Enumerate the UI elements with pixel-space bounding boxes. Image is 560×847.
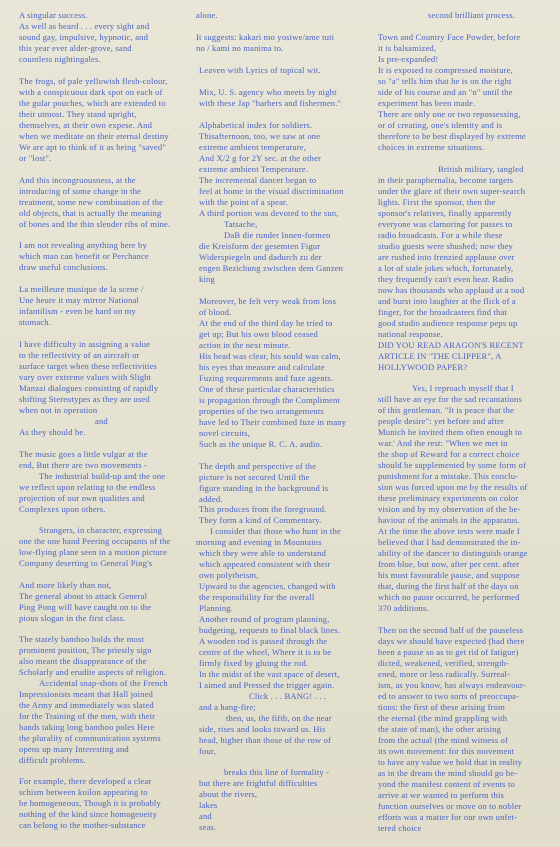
text-line: side of his course and an "n" until the — [378, 87, 513, 98]
text-line: In the midst of the vast space of desert… — [199, 669, 340, 680]
text-line: get up; But his own blood ceased — [199, 329, 318, 340]
text-line: it is balsamized, — [378, 43, 436, 54]
text-line: schism between koilon appearing to — [19, 787, 148, 798]
text-line: 370 additions. — [378, 603, 429, 614]
text-line: about the rivers, — [199, 789, 257, 800]
text-line: The frogs, of pale yellowish flesh-colou… — [19, 76, 167, 87]
text-line: with these Jap "barbers and fishermen." — [199, 98, 341, 109]
text-line: therefore to be best displayed by extrem… — [378, 131, 526, 142]
text-line: alone. — [196, 10, 218, 21]
text-line: As well as heard . . . every sight and — [19, 21, 149, 32]
text-line: when we meditate on their eternal destin… — [19, 131, 169, 142]
text-line: extreme ambient temperature, — [199, 142, 306, 153]
text-line: which no pause occurred, he performed — [378, 592, 520, 603]
text-line: is propagation through the Compliment — [199, 395, 340, 406]
text-line: The industrial build-up and the one — [39, 471, 165, 482]
text-line: the Army and immediately was slated — [19, 700, 154, 711]
text-line: ability of the dancer to distinguish ora… — [378, 548, 528, 559]
text-line: prominent position, The priestly sign — [19, 645, 152, 656]
text-line: the shop of Reward for a correct choice — [378, 449, 520, 460]
text-line: novel circuits, — [199, 428, 250, 439]
text-line: ed to answer to two sorts of preoccupa- — [378, 691, 519, 702]
text-line: Tatsache, — [224, 219, 257, 230]
text-line: with the point of a spear. — [199, 197, 288, 208]
text-line: believed that I had demonstrated the in- — [378, 537, 521, 548]
text-line: ened, more or less radically. Surreal- — [378, 669, 510, 680]
text-line: Leaven with Lyrics of topical wit. — [199, 65, 321, 76]
text-line: tered choice — [378, 823, 422, 834]
text-line: And more likely than not, — [19, 580, 111, 591]
text-line: which they were able to understand — [199, 548, 326, 559]
text-line: shifting Stereotypes as they are used — [19, 394, 150, 405]
text-line: Moreover, he felt very weak from loss — [199, 296, 336, 307]
text-line: Is pre-expanded! — [378, 54, 438, 65]
text-line: A singular success. — [19, 10, 88, 21]
text-line: His head was clear, his sould was calm, — [199, 351, 341, 362]
text-line: Company deserting to General Ping's — [19, 558, 152, 569]
text-line: budgeting, requests to final black lines… — [199, 625, 340, 636]
text-line: experiment has been made. — [378, 98, 475, 109]
text-line: with a conspicuous dark spot on each of — [19, 87, 163, 98]
text-line: then, us, the fifth, on the near — [226, 713, 332, 724]
text-line: his eyes that measure and calculate — [199, 362, 325, 373]
text-line: his most favourable pause, and suppose — [378, 570, 520, 581]
text-line: morning and evening in Mountains — [196, 537, 322, 548]
text-line: As they should be. — [19, 427, 86, 438]
text-line: lakes — [199, 800, 217, 811]
text-line: It suggests: kakari mo yosiwe/ame tuti — [196, 32, 334, 43]
text-line: the plurality of communication systems — [19, 733, 161, 744]
text-line: end, But there are two movements - — [19, 460, 147, 471]
text-line: vary over extreme values with Slight — [19, 372, 151, 383]
text-line: action in the next minute. — [199, 340, 291, 351]
text-line: Click . . . BANG! . . . — [249, 691, 326, 702]
text-line: arrive at we wanted to perform this — [378, 790, 504, 801]
text-line: I have difficulty in assigning a value — [19, 339, 150, 350]
text-line: The depth and perspective of the — [199, 461, 316, 472]
text-line: finger, for the broadcasters find that — [378, 307, 507, 318]
text-line: their utmost. They stand upright, — [19, 109, 136, 120]
text-line: DID YOU READ ARAGON'S RECENT — [378, 340, 524, 351]
text-line: are rushed into frenzied applause over — [378, 252, 515, 263]
text-line: and burst into laughter at the flick of … — [378, 296, 516, 307]
text-line: Impressionists meant that Hall joined — [19, 689, 153, 700]
text-line: We are apt to think of it as being "save… — [19, 142, 166, 153]
text-line: breaks this line of formality - — [224, 767, 329, 778]
text-line: the gular pouches, which are extended to — [19, 98, 166, 109]
text-line: For example, there developed a clear — [19, 776, 151, 787]
text-line: Planning. — [199, 603, 233, 614]
text-line: war.' And the rest: "When we met in — [378, 438, 508, 449]
text-line: head, higher than those of the row of — [199, 735, 331, 746]
text-line: A wooden rod is passed through the — [199, 636, 327, 647]
text-line: as in the dream the mind should go be- — [378, 768, 517, 779]
text-line: four, — [199, 746, 216, 757]
text-line: sion was forced upon me by the results o… — [378, 482, 527, 493]
text-line: Yes, I reproach myself that I — [412, 383, 514, 394]
text-line: Accidental snap-shots of the French — [39, 678, 168, 689]
text-line: to the reflectivity of an aircraft or — [19, 350, 140, 361]
text-line: or "lost". — [19, 153, 51, 164]
text-line: It is exposed to compressed moisture, — [378, 65, 513, 76]
text-line: king — [199, 274, 215, 285]
text-line: own polytheism, — [199, 570, 259, 581]
text-line: studio guests were shushed; now they — [378, 241, 513, 252]
text-line: lights. First the sponsor, then the — [378, 197, 495, 208]
text-line: but there are frightful difficulties — [199, 778, 317, 789]
text-line: and a hang-fire; — [199, 702, 256, 713]
text-line: Another round of program planning, — [199, 614, 329, 625]
text-line: engen Bezichung zwischen dem Ganzen — [199, 263, 343, 274]
text-line: punishment for a mistake. This conclu- — [378, 471, 518, 482]
text-line: And X/2 g for 2Y sec. at the other — [199, 153, 321, 164]
text-line: Thisafternoon, too, we saw at one — [199, 131, 320, 142]
text-line: everyone was clamoring for passes to — [378, 219, 513, 230]
text-line: Une heure it may mirror National — [19, 295, 139, 306]
text-line: opens up many Interesting and — [19, 744, 129, 755]
text-line: I aimed and Pressed the trigger again. — [199, 680, 334, 691]
text-line: centre of the wheel, Where it is to be — [199, 647, 331, 658]
text-line: when not in operation — [19, 405, 97, 416]
text-line: Alphabetical index for soldiers. — [199, 120, 312, 131]
text-line: ism, as you know, has always endeavour- — [378, 680, 526, 691]
text-line: also meant the disappearance of the — [19, 656, 147, 667]
text-line: And this incongruousness, at the — [19, 175, 136, 186]
text-line: of this gentleman. "It is peace that the — [378, 405, 514, 416]
text-line: projection of our own qualities and — [19, 493, 145, 504]
text-line: I am not revealing anything here by — [19, 240, 147, 251]
text-line: At the end of the third day he tried to — [199, 318, 333, 329]
text-line: days we should have expected (had there — [378, 636, 525, 647]
text-line: they frequently can't even hear. Radio — [378, 274, 514, 285]
text-line: hands taking long bamboo poles Here — [19, 722, 154, 733]
text-line: old objects, that is actually the meanin… — [19, 208, 161, 219]
text-line: Mix, U. S. agency who meets by night — [199, 87, 337, 98]
text-line: infantilism - even be hard on my — [19, 306, 136, 317]
text-line: Then on the second half of the pauseless — [378, 625, 523, 636]
text-line: or of creating, one's identity and is — [378, 120, 502, 131]
text-line: of bones and the thin slender ribs of mi… — [19, 219, 170, 230]
text-line: function ourselves or move on to nobler — [378, 801, 521, 812]
text-line: Widerspiegeln und dadurch zu der — [199, 252, 322, 263]
text-line: British military, tangled — [438, 164, 524, 175]
text-line: feel at home in the visual discriminatio… — [199, 186, 344, 197]
text-line: have led to Their combined fuze in many — [199, 417, 346, 428]
text-line: figure standing in the background is — [199, 483, 328, 494]
text-line: DaB die runder Innen-formen — [224, 230, 330, 241]
text-line: been a pause so as to get rid of fatigue… — [378, 647, 519, 658]
text-line: pious slogan in the first class. — [19, 613, 125, 624]
text-line: picture is not secured Until the — [199, 472, 310, 483]
text-line: second brilliant process. — [428, 10, 515, 21]
text-line: so "a" tells him that he is on the right — [378, 76, 512, 87]
text-line: from blue, but now, after per cent. afte… — [378, 559, 519, 570]
text-line: for the Training of the men, with their — [19, 711, 155, 722]
text-line: which man can benefit or Perchance — [19, 251, 149, 262]
text-line: The stately bamboo holds the most — [19, 634, 144, 645]
text-line: from the actual (the mind witness of — [378, 735, 508, 746]
text-line: dicted, weakened, verified, strength- — [378, 658, 509, 669]
text-line: no / kami no manima to. — [196, 43, 283, 54]
text-line: choices in extreme situations. — [378, 142, 484, 153]
text-line: one the one hand Peering occupants of th… — [19, 536, 170, 547]
text-line: a lot of stale jokes which, fortunately, — [378, 263, 513, 274]
text-line: difficult problems. — [19, 755, 86, 766]
text-line: sponsor's relatives, finally apparently — [378, 208, 512, 219]
text-line: and — [199, 811, 212, 822]
text-line: side, rises and looks toward us. His — [199, 724, 326, 735]
text-line: The incremental dancer began to — [199, 175, 316, 186]
text-line: The music goes a little vulgar at the — [19, 449, 147, 460]
text-line: we reflect upon relating to the endless — [19, 482, 156, 493]
text-line: people desire": yet before and after — [378, 416, 504, 427]
text-line: in their paraphernalia, become targets — [378, 175, 513, 186]
text-line: countless nightingales. — [19, 54, 101, 65]
text-line: firmly fixed by gluing the rod. — [199, 658, 308, 669]
text-line: draw useful conclusions. — [19, 262, 108, 273]
text-line: this year ever alder-grove, sand — [19, 43, 132, 54]
text-line: good studio audience response peps up — [378, 318, 517, 329]
text-line: can belong to the mother-substance — [19, 820, 146, 831]
text-line: treatment, some new combination of the — [19, 197, 163, 208]
text-line: these preliminary experiments on color — [378, 493, 518, 504]
text-line: At the time the above tests were made I — [378, 526, 520, 537]
text-line: A third portion was devoted to the sun, — [199, 208, 339, 219]
text-line: ARTICLE IN "THE CLIPPER", A — [378, 351, 501, 362]
text-line: themselves, at their own expese. And — [19, 120, 152, 131]
text-line: vision and by my observation of the be- — [378, 504, 521, 515]
text-line: still have an eye for the sad recantatio… — [378, 394, 522, 405]
text-line: yond the manifest content of events to — [378, 779, 515, 790]
text-line: efforts was a matter for our own unfet- — [378, 812, 517, 823]
text-line: This produces from the foreground. — [199, 504, 327, 515]
text-line: properties of the two arrangements — [199, 406, 324, 417]
text-line: I consider that those who hunt in the — [210, 526, 341, 537]
text-line: should be supplemented by some form of — [378, 460, 526, 471]
text-line: that, during the first half of the days … — [378, 581, 519, 592]
text-line: stomach. — [19, 317, 51, 328]
text-line: Complexes upon others. — [19, 504, 106, 515]
text-line: Fuzing requirements and fuze agents. — [199, 373, 333, 384]
text-line: seas. — [199, 822, 216, 833]
text-line: Scholarly and erudite aspects of religio… — [19, 667, 166, 678]
text-line: surface target when these reflectivities — [19, 361, 157, 372]
text-line: of blood. — [199, 307, 231, 318]
text-line: Ping Pong will have caught on to the — [19, 602, 151, 613]
text-line: and — [95, 416, 108, 427]
text-line: extreme ambient Temperature. — [199, 164, 308, 175]
text-line: sound gay, impulsive, hypnotic, and — [19, 32, 148, 43]
text-line: Upward to the agencies, changed with — [199, 581, 336, 592]
text-line: low-flying plane seen in a motion pictur… — [19, 547, 167, 558]
text-line: The general about to attack General — [19, 591, 147, 602]
text-line: the eternal (the mind grappling with — [378, 713, 507, 724]
text-line: the responsibility for the overall — [199, 592, 314, 603]
text-line: La meilleure musique de la scene / — [19, 284, 143, 295]
text-line: now has thousands who applaud at a nod — [378, 285, 524, 296]
text-line: under the glare of their own super-searc… — [378, 186, 525, 197]
text-line: There are only one or two repossessing, — [378, 109, 521, 120]
text-line: die Kreisform der gesemten Figur — [199, 241, 320, 252]
text-line: Strangers, in character, expressing — [39, 525, 162, 536]
text-line: haviour of the animals in the apparatus. — [378, 515, 520, 526]
text-line: tions: the first of these arising from — [378, 702, 505, 713]
text-line: radio broadcasts. For a while these — [378, 230, 503, 241]
text-line: which appeared consistent with their — [199, 559, 330, 570]
text-line: national response. — [378, 329, 443, 340]
text-line: Munich he invited them often enough to — [378, 427, 522, 438]
text-line: the state of man), the other arising — [378, 724, 501, 735]
text-line: Such as the unique R. C. A. audio. — [199, 439, 322, 450]
text-line: They form a kind of Commentary. — [199, 515, 321, 526]
text-line: its own movement: for this movement — [378, 746, 514, 757]
document-page: A singular success.As well as heard . . … — [0, 0, 560, 847]
text-line: be homogeneous, Though it is probably — [19, 798, 161, 809]
text-line: HOLLYWOOD PAPER? — [378, 362, 467, 373]
text-line: Town and Country Face Powder, before — [378, 32, 520, 43]
text-line: introducing of some change in the — [19, 186, 141, 197]
text-line: nothing of the kind since homogeneity — [19, 809, 157, 820]
text-line: Manzai dialogues consisting of rapidly — [19, 383, 158, 394]
text-line: One of these particular characteristics — [199, 384, 335, 395]
text-line: to have any value we hold that in realit… — [378, 757, 522, 768]
